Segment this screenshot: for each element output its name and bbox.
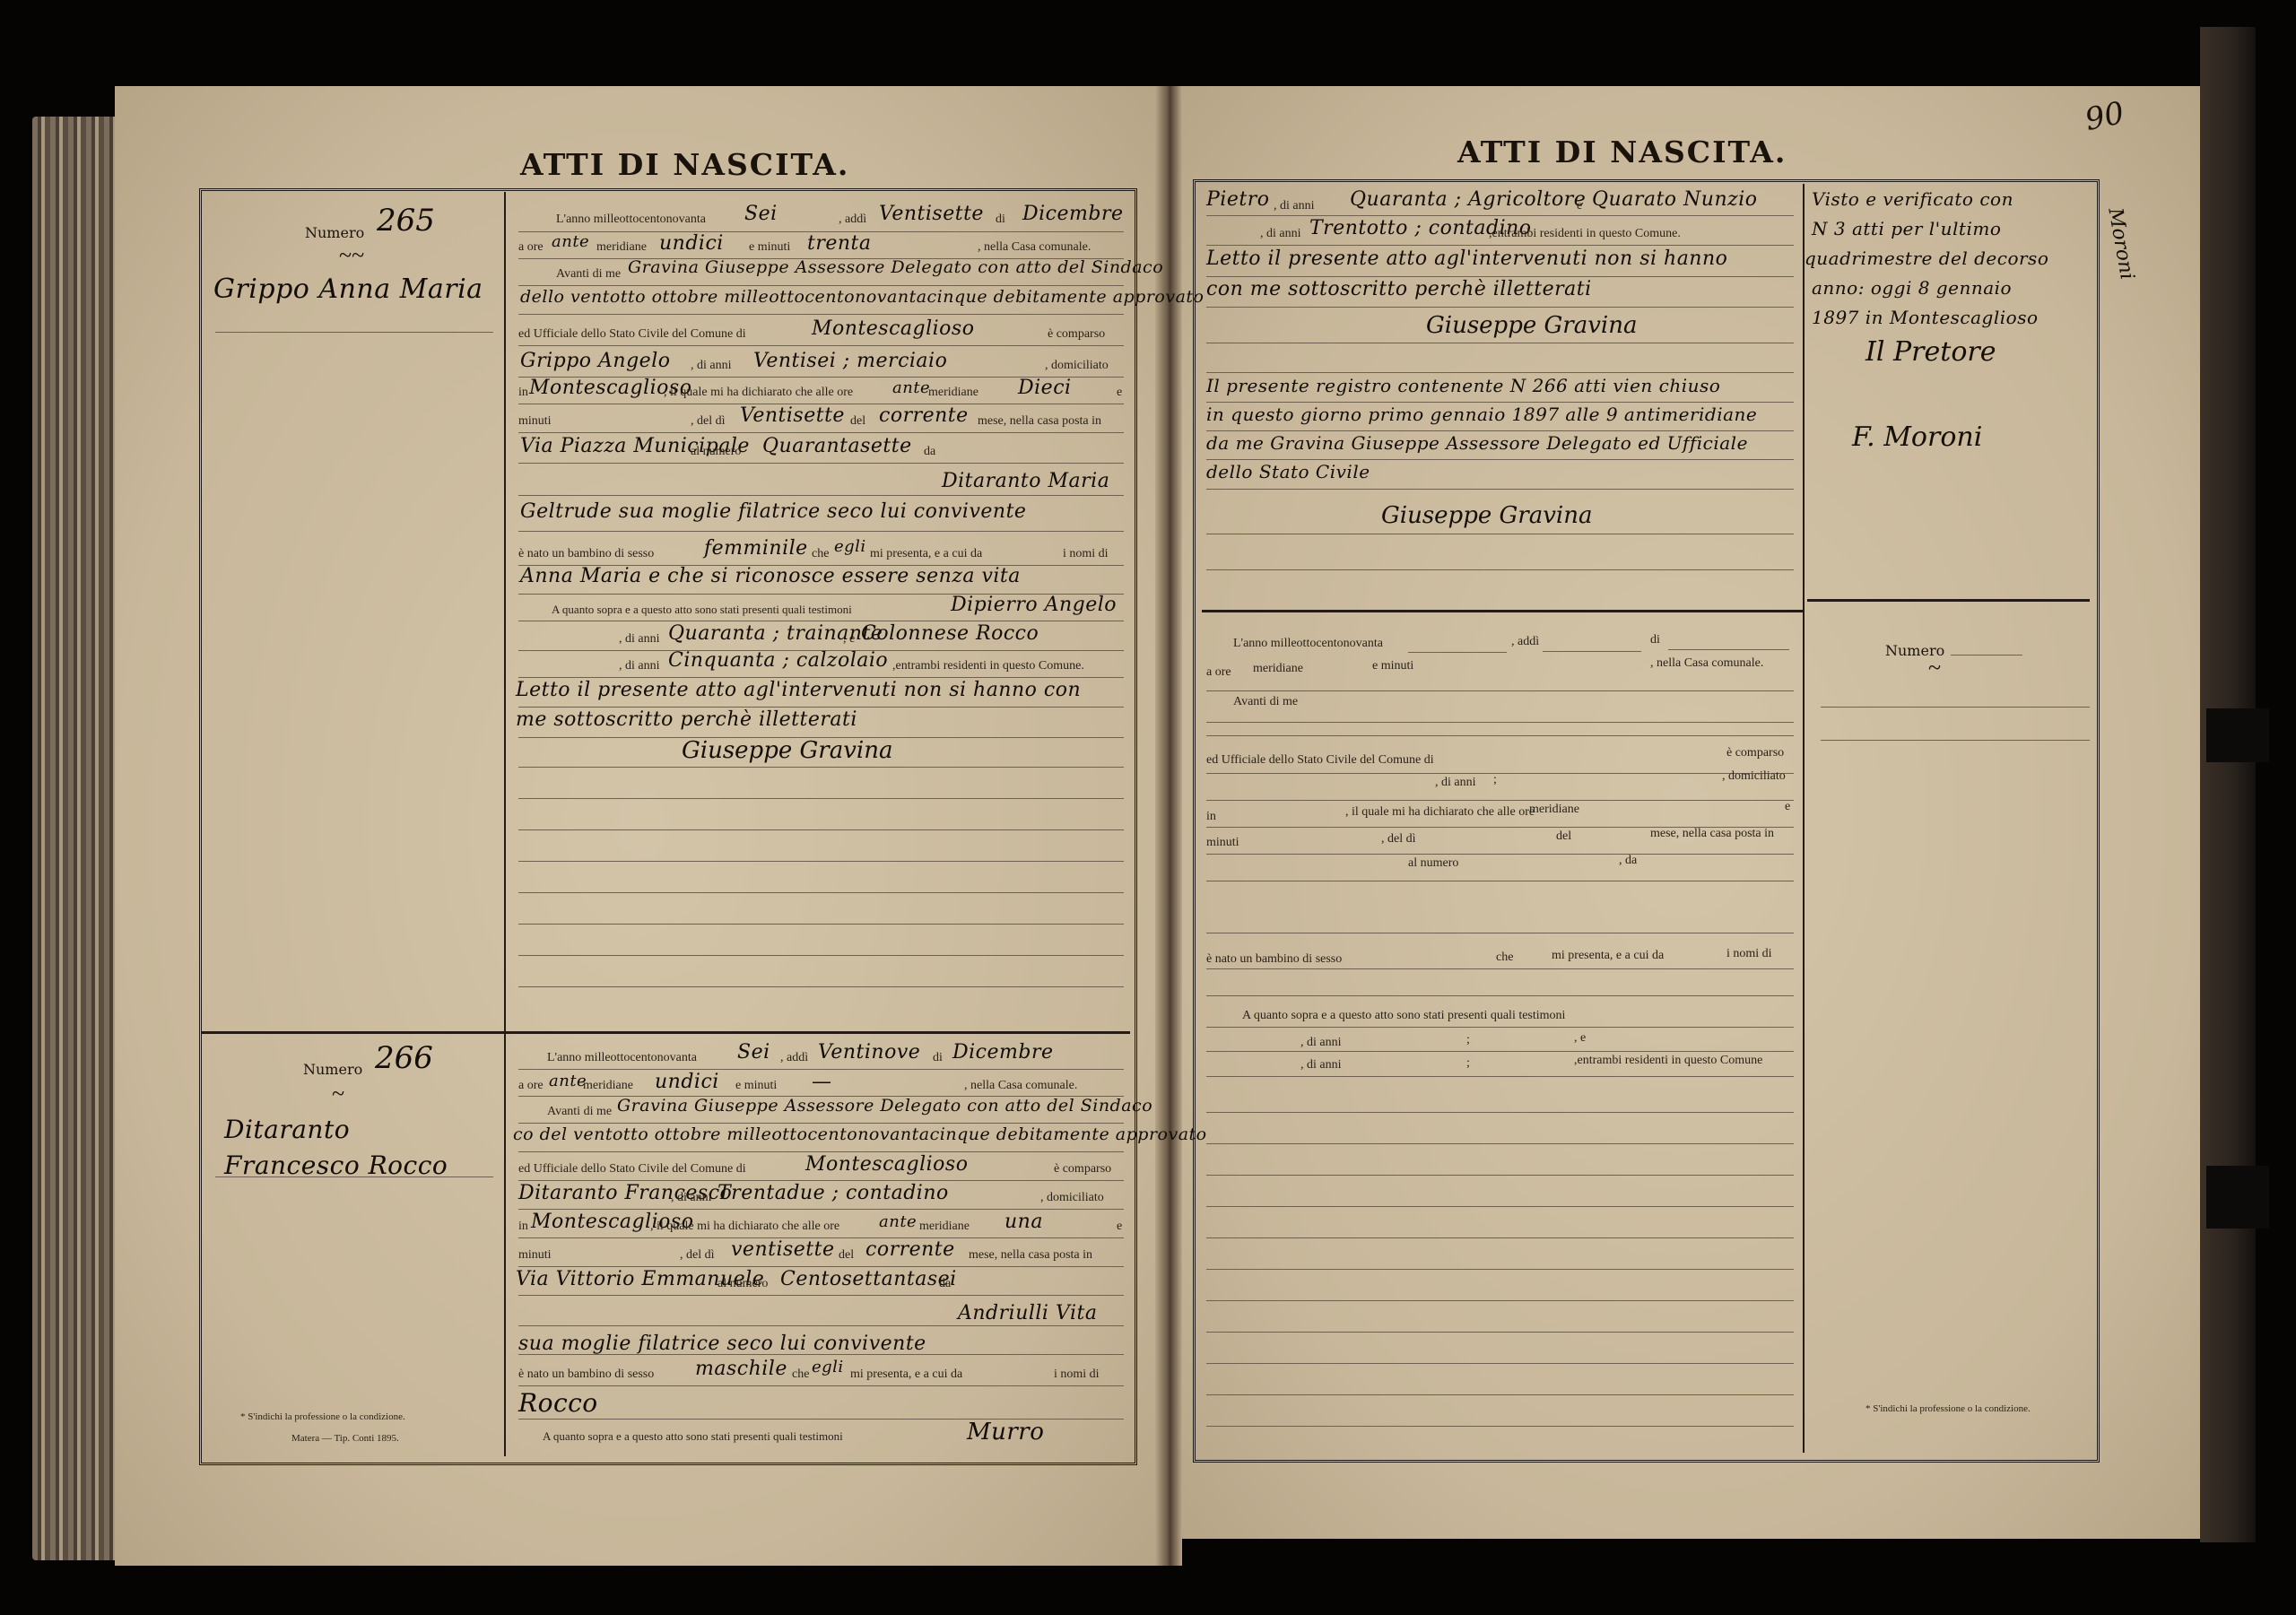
pretore-title: Il Pretore: [1865, 336, 1996, 368]
margin-name: Grippo Anna Maria: [213, 274, 483, 305]
rule: [1206, 343, 1794, 343]
printed-text: L'anno milleottocentonovanta: [1233, 637, 1383, 651]
margin-separator-right: [1807, 599, 2090, 602]
officer-signature: Giuseppe Gravina: [1426, 312, 1637, 339]
printed-text: in: [518, 1220, 528, 1234]
handwritten-text: —: [812, 1071, 832, 1093]
printed-text: Avanti di me: [1233, 695, 1298, 709]
printed-text: , da: [1619, 854, 1637, 868]
rule: [518, 285, 1124, 286]
rule: [1206, 1426, 1794, 1427]
printed-text: , addì: [780, 1051, 808, 1065]
numero-label: Numero: [303, 1061, 362, 1078]
handwritten-text: 1897 in Montescaglioso: [1812, 307, 2039, 328]
rule: [1206, 773, 1794, 774]
printed-text: , di anni: [619, 659, 660, 673]
printed-text: , di anni: [1435, 776, 1476, 790]
printed-text: è nato un bambino di sesso: [518, 1368, 654, 1382]
handwritten-text: undici: [655, 1071, 719, 1093]
printed-text: meridiane: [1529, 803, 1579, 817]
column-divider-right: [1803, 184, 1805, 1453]
printed-text: , addì: [1511, 635, 1539, 649]
printed-text: , di anni: [1274, 199, 1315, 213]
printed-text: ed Ufficiale dello Stato Civile del Comu…: [518, 1162, 746, 1177]
handwritten-text: Andriulli Vita sua moglie filatrice seco…: [518, 1298, 1137, 1359]
handwritten-text: con me sottoscritto perchè illetterati: [1206, 278, 1592, 300]
handwritten-text: quadrimestre del decorso: [1805, 247, 2048, 269]
rule: [1206, 1300, 1794, 1301]
handwritten-text: dello Stato Civile: [1206, 461, 1370, 482]
rule: [1206, 1269, 1794, 1270]
ornament: ~: [332, 1081, 344, 1107]
rule: [1206, 1051, 1794, 1052]
rule: [1206, 489, 1794, 490]
rule: [518, 531, 1124, 532]
rule: [518, 986, 1124, 987]
handwritten-text: una: [1004, 1211, 1043, 1233]
rule: [518, 892, 1124, 893]
printed-text: è comparso: [1054, 1162, 1111, 1177]
handwritten-text: corrente: [879, 404, 969, 427]
handwritten-text: me sottoscritto perchè illetterati: [516, 708, 857, 731]
printed-text: di: [933, 1051, 943, 1065]
footnote-right: * S'indichi la professione o la condizio…: [1865, 1403, 2031, 1414]
handwritten-text: Cinquanta ; calzolaio: [668, 649, 888, 672]
printed-text: , di anni: [1260, 227, 1301, 241]
margin-name: Ditaranto Francesco Rocco: [224, 1112, 493, 1184]
printed-text: e minuti: [735, 1079, 777, 1093]
handwritten-text: Letto il presente atto agl'intervenuti n…: [1206, 247, 1727, 270]
handwritten-text: Pietro: [1206, 188, 1269, 211]
handwritten-text: egli: [834, 537, 866, 556]
handwritten-text: maschile: [695, 1358, 787, 1380]
entry-number: 265: [377, 203, 435, 239]
rule: [1821, 707, 2090, 708]
printed-text: è comparso: [1048, 327, 1105, 342]
handwritten-text: trenta: [807, 232, 872, 255]
printed-text: del: [1556, 829, 1571, 844]
printed-text: , nella Casa comunale.: [964, 1079, 1077, 1093]
printed-text: , di anni: [1300, 1036, 1342, 1050]
rule: [518, 1266, 1124, 1267]
printed-text: meridiane: [583, 1079, 633, 1093]
rule: [1206, 722, 1794, 723]
printed-text: A quanto sopra e a questo atto sono stat…: [1242, 1009, 1565, 1023]
page-heading-left: ATTI DI NASCITA.: [520, 147, 849, 182]
printed-text: Avanti di me: [556, 267, 621, 282]
printed-text: , di anni: [671, 1191, 712, 1205]
printed-text: , domiciliato: [1722, 769, 1786, 784]
rule: [1206, 402, 1794, 403]
printed-text: ,entrambi residenti in questo Comune.: [1489, 227, 1681, 241]
column-divider-left: [504, 192, 506, 1456]
printed-text: , del dì: [1381, 832, 1416, 847]
handwritten-text: ante: [879, 1212, 917, 1231]
printed-text: del: [850, 414, 865, 429]
printed-text: è nato un bambino di sesso: [518, 547, 654, 561]
rule: [518, 1069, 1124, 1070]
rule: [1206, 968, 1794, 969]
rule: [1206, 307, 1794, 308]
printed-text: i nomi di: [1063, 547, 1109, 561]
printed-text: A quanto sopra e a questo atto sono stat…: [552, 603, 852, 617]
printed-text: e minuti: [1372, 659, 1413, 673]
handwritten-text: Dicembre: [952, 1041, 1054, 1064]
handwritten-text: Ventinove: [818, 1041, 920, 1064]
printed-text: ;: [1493, 773, 1497, 787]
blank-field: [1408, 652, 1507, 653]
rule: [518, 1151, 1124, 1152]
printed-text: e: [1117, 386, 1122, 400]
entry-separator-left: [202, 1031, 1130, 1034]
ornament: ~: [1928, 655, 1941, 682]
rule: [518, 677, 1124, 678]
rule: [1206, 276, 1794, 277]
printed-text: e: [1117, 1220, 1122, 1234]
handwritten-text: Sei: [737, 1041, 770, 1064]
handwritten-text: da me Gravina Giuseppe Assessore Delegat…: [1206, 432, 1748, 454]
rule: [518, 1295, 1124, 1296]
rule: [1206, 995, 1794, 996]
printed-text: i nomi di: [1054, 1368, 1100, 1382]
binding-clasp-lower: [2206, 1166, 2269, 1229]
rule: [518, 798, 1124, 799]
printed-text: a ore: [518, 240, 544, 255]
blank-field: [1543, 651, 1641, 652]
printed-text: e: [1785, 800, 1790, 814]
rule: [1206, 372, 1794, 373]
rule: [518, 955, 1124, 956]
handwritten-text: Montescaglioso: [812, 317, 974, 340]
handwritten-text: co del ventotto ottobre milleottocentono…: [513, 1124, 1207, 1144]
printed-text: Avanti di me: [547, 1105, 612, 1119]
printed-text: di: [996, 213, 1005, 227]
printed-text: a ore: [1206, 665, 1231, 680]
printed-text: ed Ufficiale dello Stato Civile del Comu…: [1206, 753, 1434, 768]
printed-text: , nella Casa comunale.: [978, 240, 1091, 255]
handwritten-text: Gravina Giuseppe Assessore Delegato con …: [628, 257, 1163, 277]
footnote-left: * S'indichi la professione o la condizio…: [240, 1411, 405, 1422]
rule: [1206, 1112, 1794, 1113]
printed-text: mi presenta, e a cui da: [870, 547, 982, 561]
rule: [1206, 459, 1794, 460]
printed-text: ,entrambi residenti in questo Comune: [1574, 1054, 1762, 1068]
rule: [1206, 881, 1794, 881]
rule: [518, 1123, 1124, 1124]
printed-text: in: [1206, 810, 1216, 824]
rule: [1206, 1363, 1794, 1364]
printed-text: , nella Casa comunale.: [1650, 656, 1763, 671]
handwritten-text: Murro: [967, 1419, 1044, 1446]
rule: [1206, 1332, 1794, 1333]
rule: [1206, 735, 1794, 736]
handwritten-text: dello ventotto ottobre milleottocentonov…: [520, 287, 1205, 307]
handwritten-text: ante: [549, 1072, 587, 1090]
handwritten-text: in questo giorno primo gennaio 1897 alle…: [1206, 404, 1757, 425]
rule: [1206, 690, 1794, 691]
rule: [518, 767, 1124, 768]
handwritten-text: Quaranta ; Agricoltore: [1350, 188, 1586, 211]
rule: [1821, 740, 2090, 741]
left-page-stack-edge: [32, 117, 118, 1560]
handwritten-text: N 3 atti per l'ultimo: [1812, 218, 2001, 239]
printed-text: , il quale mi ha dichiarato che alle ore: [1345, 805, 1535, 820]
rule: [1206, 215, 1794, 216]
printed-text: , e: [843, 632, 855, 647]
handwritten-text: femminile: [704, 537, 808, 560]
printed-text: a ore: [518, 1079, 544, 1093]
printed-text: , il quale mi ha dichiarato che alle ore: [664, 386, 853, 400]
rule: [1206, 1206, 1794, 1207]
printed-text: da: [939, 1277, 951, 1291]
handwritten-text: Ventisei ; merciaio: [753, 350, 947, 372]
rule: [518, 1325, 1124, 1326]
printed-text: al numero: [717, 1277, 768, 1291]
pretore-signature: F. Moroni: [1852, 421, 1982, 453]
rule: [1206, 1027, 1794, 1028]
rule: [518, 463, 1124, 464]
blank-field: [1668, 649, 1789, 650]
rule: [518, 1209, 1124, 1210]
rule: [518, 1354, 1124, 1355]
rule: [1206, 1237, 1794, 1238]
rule: [1206, 1175, 1794, 1176]
printed-text: meridiane: [1253, 662, 1303, 676]
numero-label: Numero: [305, 224, 364, 241]
handwritten-year: Sei: [744, 203, 778, 225]
printed-text: meridiane: [919, 1220, 970, 1234]
printed-text: ;: [1466, 1033, 1470, 1047]
handwritten-text: Quarato Nunzio: [1592, 188, 1758, 211]
printed-text: , e: [1574, 1031, 1586, 1046]
handwritten-text: Dipierro Angelo: [951, 594, 1117, 616]
printed-text: , addì: [839, 213, 866, 227]
blank-field: [1951, 655, 2022, 656]
rule: [1206, 854, 1794, 855]
handwritten-text: Colonnese Rocco: [861, 622, 1039, 645]
printed-text: in: [518, 386, 528, 400]
entry-number: 266: [375, 1040, 433, 1076]
right-page-stack-edge: [2200, 27, 2256, 1542]
rule: [215, 332, 493, 333]
handwritten-text: Rocco: [518, 1388, 598, 1418]
printed-text: , di anni: [619, 632, 660, 647]
handwritten-text: ante: [552, 232, 589, 251]
rule: [518, 314, 1124, 315]
printed-text: i nomi di: [1726, 947, 1772, 961]
printed-text: ;: [1466, 1056, 1470, 1071]
handwritten-day: Ventisette: [879, 203, 984, 225]
handwritten-text: undici: [659, 232, 724, 255]
printed-text: e: [1577, 199, 1582, 213]
printer-imprint: Matera — Tip. Conti 1895.: [291, 1433, 399, 1444]
handwritten-text: anno: oggi 8 gennaio: [1812, 277, 2012, 299]
rule: [1206, 569, 1794, 570]
rule: [1206, 1143, 1794, 1144]
printed-text: al numero: [691, 445, 741, 459]
rule: [1206, 430, 1794, 431]
printed-text: ed Ufficiale dello Stato Civile del Comu…: [518, 327, 746, 342]
rule: [1206, 800, 1794, 801]
printed-text: L'anno milleottocentonovanta: [547, 1051, 697, 1065]
printed-text: , del dì: [691, 414, 726, 429]
printed-text: minuti: [518, 1248, 552, 1263]
binding-clasp-upper: [2206, 708, 2269, 762]
printed-text: , il quale mi ha dichiarato che alle ore: [650, 1220, 839, 1234]
printed-text: è nato un bambino di sesso: [1206, 952, 1342, 967]
printed-text: mi presenta, e a cui da: [1552, 949, 1664, 963]
handwritten-text: Ventisette: [740, 404, 845, 427]
handwritten-text: egli: [812, 1358, 844, 1376]
printed-text: , del dì: [680, 1248, 715, 1263]
rule: [518, 829, 1124, 830]
handwritten-text: Dieci: [1018, 377, 1072, 399]
printed-text: , di anni: [691, 359, 732, 373]
rule: [1206, 245, 1794, 246]
printed-text: mi presenta, e a cui da: [850, 1368, 962, 1382]
printed-text: da: [924, 445, 935, 459]
entry-separator-right: [1202, 610, 1803, 612]
rule: [518, 621, 1124, 621]
handwritten-text: Trentadue ; contadino: [717, 1182, 949, 1204]
rule: [518, 432, 1124, 433]
handwritten-text: Letto il presente atto agl'intervenuti n…: [516, 679, 1081, 701]
handwritten-text: Ditaranto Maria Geltrude sua moglie fila…: [520, 466, 1130, 527]
handwritten-text: corrente: [865, 1238, 955, 1261]
rule: [518, 1385, 1124, 1386]
handwritten-text: Quarantasette: [762, 435, 912, 457]
handwritten-text: Anna Maria e che si riconosce essere sen…: [520, 565, 1021, 587]
officer-signature: Giuseppe Gravina: [1381, 502, 1592, 529]
printed-text: , domiciliato: [1045, 359, 1109, 373]
handwritten-text: Centosettantasei: [780, 1268, 957, 1290]
printed-text: L'anno milleottocentonovanta: [556, 213, 706, 227]
handwritten-text: Montescaglioso: [805, 1153, 968, 1176]
handwritten-text: Gravina Giuseppe Assessore Delegato con …: [617, 1096, 1152, 1116]
printed-text: minuti: [1206, 836, 1239, 850]
printed-text: ,entrambi residenti in questo Comune.: [892, 659, 1084, 673]
rule: [518, 861, 1124, 862]
printed-text: e minuti: [749, 240, 790, 255]
printed-text: , di anni: [1300, 1058, 1342, 1072]
rule: [518, 1180, 1124, 1181]
printed-text: è comparso: [1726, 746, 1784, 760]
handwritten-text: Grippo Angelo: [520, 350, 670, 372]
handwritten-text: Il presente registro contenente N 266 at…: [1206, 375, 1720, 396]
handwritten-text: ventisette: [731, 1238, 835, 1261]
book-gutter: [1155, 86, 1182, 1566]
ornament: ~~: [339, 242, 364, 269]
printed-text: al numero: [1408, 856, 1458, 871]
rule: [518, 707, 1124, 708]
officer-signature: Giuseppe Gravina: [682, 737, 892, 764]
printed-text: di: [1650, 633, 1660, 647]
printed-text: che: [812, 547, 829, 561]
rule: [1206, 1076, 1794, 1077]
printed-text: meridiane: [596, 240, 647, 255]
page-heading-right: ATTI DI NASCITA.: [1457, 135, 1787, 169]
printed-text: mese, nella casa posta in: [978, 414, 1101, 429]
printed-text: minuti: [518, 414, 552, 429]
printed-text: che: [1496, 951, 1513, 965]
rule: [518, 345, 1124, 346]
rule: [1206, 1394, 1794, 1395]
rule: [518, 924, 1124, 925]
rule: [518, 495, 1124, 496]
printed-text: meridiane: [928, 386, 978, 400]
printed-text: mese, nella casa posta in: [1650, 827, 1774, 841]
printed-text: che: [792, 1368, 809, 1382]
rule: [1206, 933, 1794, 933]
handwritten-text: ante: [892, 378, 930, 397]
handwritten-text: Visto e verificato con: [1812, 188, 2013, 210]
printed-text: mese, nella casa posta in: [969, 1248, 1092, 1263]
rule: [1206, 534, 1794, 534]
printed-text: A quanto sopra e a questo atto sono stat…: [543, 1429, 843, 1444]
printed-text: del: [839, 1248, 854, 1263]
printed-text: , domiciliato: [1040, 1191, 1104, 1205]
rule: [215, 1177, 493, 1177]
handwritten-month: Dicembre: [1022, 203, 1124, 225]
